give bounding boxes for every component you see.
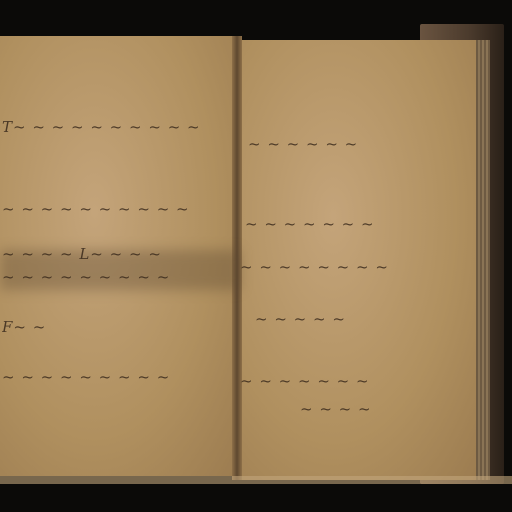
handwriting-line: ~ ~ ~ ~ ~ ~ — [248, 135, 408, 151]
handwriting-line: F~ ~ — [2, 318, 62, 334]
handwriting-line: ~ ~ ~ ~ ~ ~ ~ ~ ~ — [2, 368, 232, 384]
handwriting-line: ~ ~ ~ ~ ~ ~ ~ ~ ~ ~ — [2, 200, 232, 216]
handwriting-line: ~ ~ ~ ~ — [300, 400, 440, 416]
handwriting-line: ~ ~ ~ ~ ~ ~ ~ ~ ~ — [2, 268, 232, 284]
handwriting-line: ~ ~ ~ ~ L~ ~ ~ ~ — [2, 245, 232, 261]
handwriting-line: ~ ~ ~ ~ ~ ~ ~ ~ — [240, 258, 445, 274]
handwriting-line: T~ ~ ~ ~ ~ ~ ~ ~ ~ ~ — [2, 118, 232, 134]
page-bottom-edge — [0, 476, 512, 484]
handwriting-line: ~ ~ ~ ~ ~ ~ ~ — [240, 372, 430, 388]
handwriting-line: ~ ~ ~ ~ ~ — [255, 310, 395, 326]
handwriting-line: ~ ~ ~ ~ ~ ~ ~ — [245, 215, 445, 231]
